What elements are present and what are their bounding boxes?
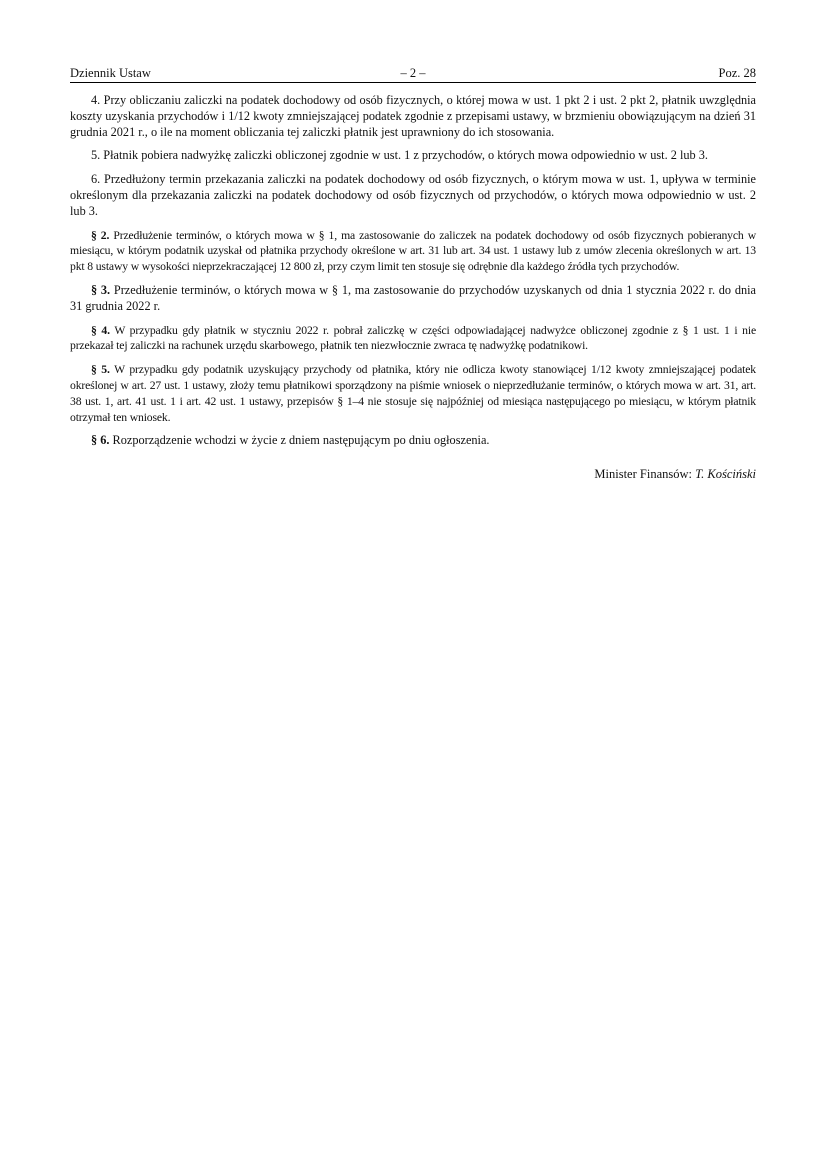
document-body: 4. Przy obliczaniu zaliczki na podatek d… xyxy=(70,93,756,483)
page-number: – 2 – xyxy=(70,66,756,81)
section-6: § 6. Rozporządzenie wchodzi w życie z dn… xyxy=(70,433,756,449)
section-number: § 5. xyxy=(91,363,110,376)
section-5: § 5. W przypadku gdy podatnik uzyskujący… xyxy=(70,362,756,425)
section-3: § 3. Przedłużenie terminów, o których mo… xyxy=(70,283,756,315)
section-number: § 4. xyxy=(91,324,110,337)
signature-role: Minister Finansów: xyxy=(594,467,695,481)
section-2: § 2. Przedłużenie terminów, o których mo… xyxy=(70,228,756,275)
page-header: Dziennik Ustaw – 2 – Poz. 28 xyxy=(70,66,756,83)
section-4: § 4. W przypadku gdy płatnik w styczniu … xyxy=(70,323,756,355)
document-page: Dziennik Ustaw – 2 – Poz. 28 4. Przy obl… xyxy=(70,66,756,483)
paragraph-ust-4: 4. Przy obliczaniu zaliczki na podatek d… xyxy=(70,93,756,140)
paragraph-ust-5: 5. Płatnik pobiera nadwyżkę zaliczki obl… xyxy=(70,148,756,164)
section-number: § 3. xyxy=(91,283,110,297)
paragraph-ust-6: 6. Przedłużony termin przekazania zalicz… xyxy=(70,172,756,219)
journal-title: Dziennik Ustaw xyxy=(70,66,151,81)
signature: Minister Finansów: T. Kościński xyxy=(70,467,756,483)
section-number: § 2. xyxy=(91,229,109,242)
signature-name: T. Kościński xyxy=(695,467,756,481)
position-number: Poz. 28 xyxy=(719,66,757,81)
section-number: § 6. xyxy=(91,433,109,447)
